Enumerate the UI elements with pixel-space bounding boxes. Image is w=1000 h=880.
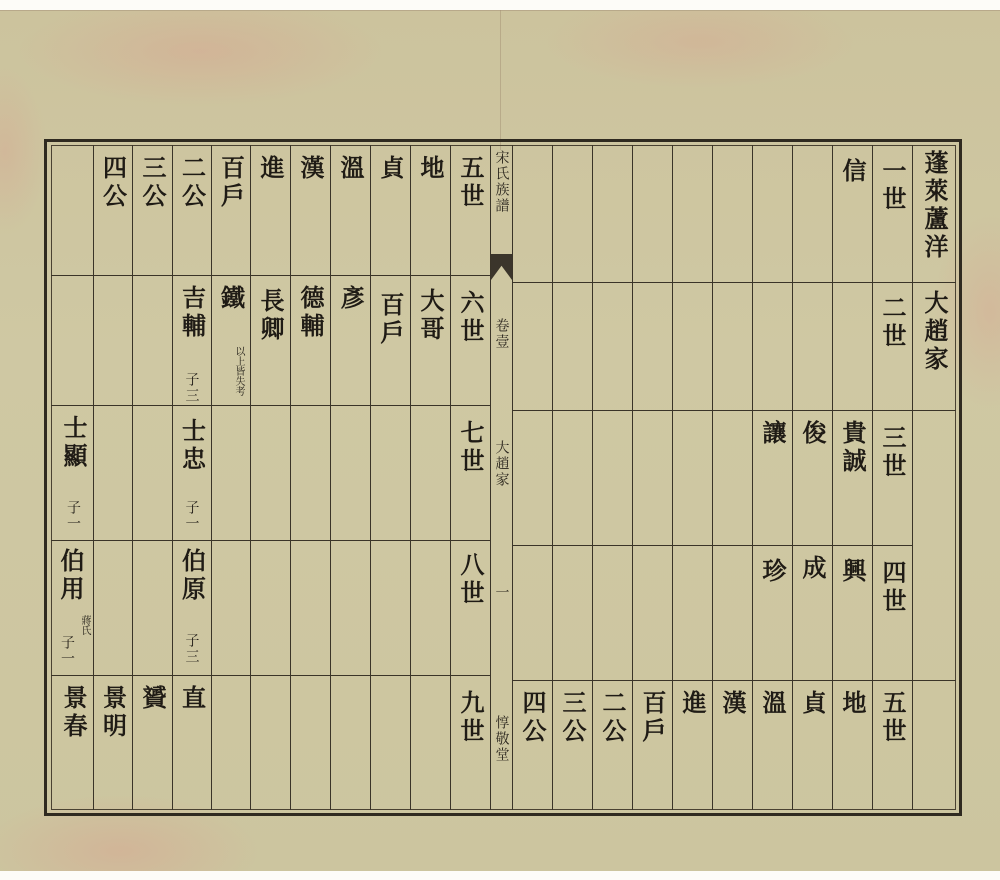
person-name: 士忠 — [172, 418, 211, 474]
person-name: 貞 — [370, 155, 410, 183]
person-name: 景明 — [93, 685, 132, 741]
person-name: 貞 — [792, 690, 832, 718]
generation-label: 五世 — [450, 155, 490, 211]
generation-label: 三世 — [872, 425, 912, 481]
sons-count: 子一 — [53, 635, 81, 667]
person-name: 德輔 — [290, 285, 330, 341]
page-fold — [500, 10, 501, 150]
grid-hline — [912, 410, 956, 411]
person-name: 漢 — [712, 690, 752, 718]
person-name: 吉輔 — [172, 285, 211, 341]
person-name: 士顯 — [53, 415, 93, 471]
grid-hline — [51, 540, 490, 541]
person-name: 漢 — [290, 155, 330, 183]
person-name: 三公 — [552, 690, 592, 746]
person-name: 進 — [250, 155, 290, 183]
person-name: 直 — [172, 685, 211, 713]
grid-vline — [211, 145, 212, 810]
sons-count: 子一 — [172, 500, 211, 532]
generation-label: 二世 — [872, 295, 912, 351]
person-name: 二公 — [592, 690, 632, 746]
sons-count: 子三 — [172, 372, 211, 404]
grid-hline — [512, 545, 912, 546]
spine-hall-name: 惇敬堂 — [491, 715, 512, 763]
generation-label: 五世 — [872, 690, 912, 746]
person-name: 溫 — [752, 690, 792, 718]
generation-label: 一世 — [872, 158, 912, 214]
person-name: 大哥 — [410, 288, 450, 344]
grid-hline — [51, 675, 490, 676]
generation-label: 七世 — [450, 420, 490, 476]
person-name: 伯用 — [53, 548, 87, 604]
generation-label: 九世 — [450, 690, 490, 746]
grid-hline — [512, 282, 956, 283]
person-name: 讓 — [752, 420, 792, 448]
grid-vline — [330, 145, 331, 810]
grid-vline — [370, 145, 371, 810]
person-name: 貴誠 — [832, 420, 872, 476]
grid-vline — [410, 145, 411, 810]
person-name: 二公 — [172, 155, 211, 211]
grid-hline — [51, 405, 490, 406]
grid-vline — [250, 145, 251, 810]
grid-hline — [51, 275, 490, 276]
person-name: 地 — [832, 690, 872, 718]
sons-count: 子一 — [53, 500, 93, 532]
person-name: 伯原 — [172, 548, 211, 604]
person-name: 四公 — [93, 155, 132, 211]
sons-count: 子三 — [172, 633, 211, 665]
generation-label: 八世 — [450, 552, 490, 608]
person-name: 彥 — [330, 285, 370, 313]
person-name: 長卿 — [250, 288, 290, 344]
person-name: 贇 — [132, 685, 172, 713]
person-name: 成 — [792, 555, 832, 583]
person-name: 三公 — [132, 155, 172, 211]
person-name: 百戶 — [370, 292, 410, 348]
spine-branch: 大趙家 — [491, 440, 512, 488]
grid-hline — [512, 410, 912, 411]
person-name: 興 — [832, 558, 872, 586]
person-name: 進 — [672, 690, 712, 718]
person-name: 珍 — [752, 558, 792, 586]
person-name: 溫 — [330, 155, 370, 183]
subtitle-cell: 大趙家 — [912, 290, 956, 374]
generation-label: 四世 — [872, 560, 912, 616]
grid-vline — [290, 145, 291, 810]
grid-hline — [512, 680, 956, 681]
person-name: 俊 — [792, 420, 832, 448]
annotation-note: 以上皆失考 — [226, 346, 250, 396]
person-name: 信 — [832, 158, 872, 186]
generation-label: 六世 — [450, 290, 490, 346]
person-name: 地 — [410, 155, 450, 183]
person-name: 景春 — [53, 685, 93, 741]
person-name: 百戶 — [211, 155, 250, 211]
person-name: 百戶 — [632, 690, 672, 746]
spine-volume: 卷壹 — [491, 318, 512, 350]
person-name: 鐵 — [211, 285, 250, 313]
spouse-note: 蔣氏 — [76, 615, 92, 635]
title-cell: 蓬萊蘆洋 — [912, 150, 956, 262]
person-name: 四公 — [512, 690, 552, 746]
spine-page-number: 一 — [491, 585, 512, 601]
spine-book-title: 宋氏族譜 — [491, 150, 512, 214]
